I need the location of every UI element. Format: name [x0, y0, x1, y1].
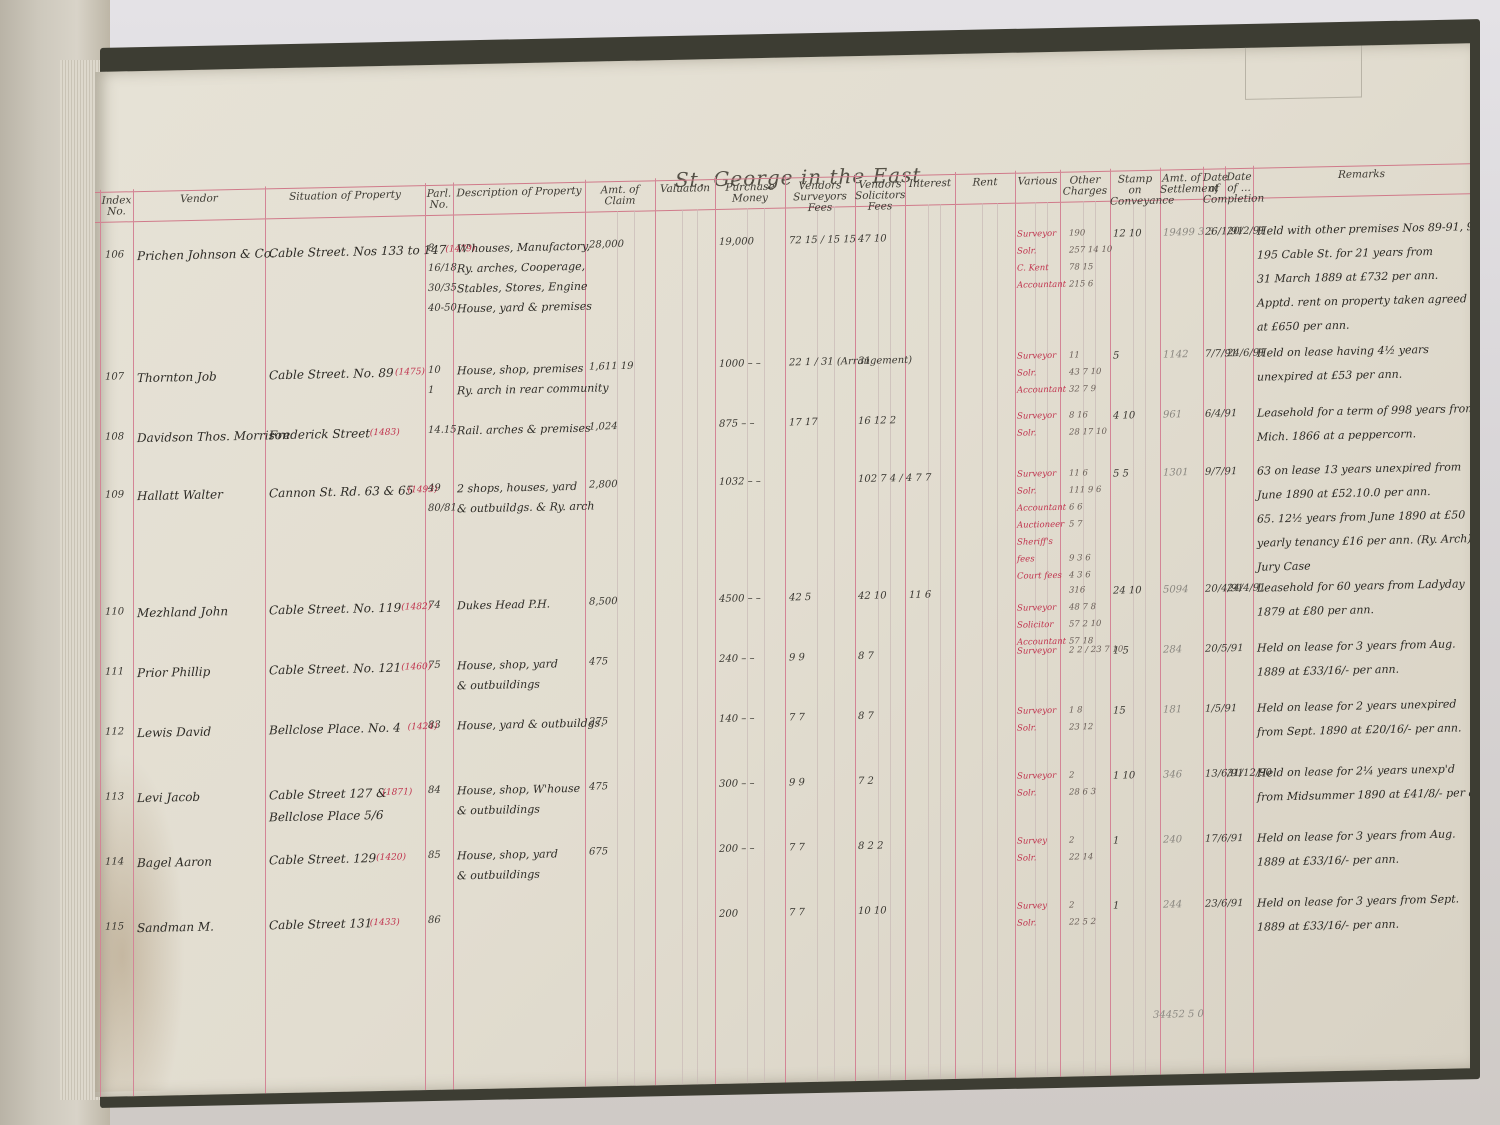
stamp-duty: 4 10 — [1113, 410, 1135, 421]
charges-list: Surveyor2Solr.28 6 3 — [1017, 767, 1096, 803]
money-subrule — [1133, 200, 1134, 1075]
charge-label: Solr. — [1017, 785, 1069, 803]
property-ref: (1483) — [370, 428, 400, 439]
property-ref: (1460) — [401, 662, 431, 673]
purchase-money: 19,000 — [719, 236, 754, 248]
charge-line: Surveyor190 — [1017, 225, 1112, 244]
purchase-money: 1032 – – — [719, 476, 761, 488]
charge-value: 78 15 — [1069, 262, 1093, 273]
property-situation: Cable Street. No. 89 — [269, 366, 394, 383]
parl-number: 49 — [428, 483, 441, 494]
remark-line: 1879 at £80 per ann. — [1257, 596, 1465, 624]
purchase-money: 240 – – — [719, 653, 754, 665]
parl-number: 16/18 — [428, 262, 457, 274]
remark-line: Held on lease for 3 years from Aug. — [1257, 822, 1456, 850]
claim-amount: 1,611 19 — [589, 361, 634, 373]
property-description: & outbuildgs. & Ry. arch — [457, 500, 594, 516]
charge-label: Solr. — [1017, 915, 1069, 933]
column-rule — [955, 172, 956, 1079]
property-description: House, shop, yard — [457, 847, 558, 862]
column-header: Remarks — [1253, 167, 1470, 183]
stamp-duty: 24 10 — [1113, 585, 1142, 597]
index-number: 106 — [105, 249, 124, 260]
charge-label: C. Kent — [1017, 260, 1069, 278]
vendor-name: Bagel Aaron — [137, 855, 212, 871]
index-number: 112 — [105, 726, 124, 737]
purchase-money: 1000 – – — [719, 358, 761, 370]
parl-number: 40-50 — [428, 302, 457, 314]
column-rule — [453, 182, 454, 1089]
money-subrule — [890, 205, 891, 1080]
column-header: Situation of Property — [265, 189, 425, 203]
charge-line: Solr.23 12 — [1017, 719, 1093, 738]
purchase-money: 875 – – — [719, 418, 754, 430]
date-completion: 9/7/91 — [1205, 466, 1237, 478]
charge-label: Accountant — [1017, 382, 1069, 400]
purchase-money: 4500 – – — [719, 593, 761, 605]
charge-value: 4 3 6 — [1069, 570, 1091, 580]
column-header: Rent — [955, 177, 1015, 189]
charge-value: 28 17 10 — [1069, 427, 1107, 438]
column-rule — [1225, 166, 1226, 1073]
interest: 11 6 — [909, 589, 931, 600]
money-subrule — [928, 205, 929, 1080]
charge-label: Survey — [1017, 833, 1069, 851]
solicitors-fees: 47 10 — [858, 233, 887, 245]
remark-line: Mich. 1866 at a peppercorn. — [1257, 421, 1470, 450]
stamp-duty: 12 10 — [1113, 228, 1142, 240]
charge-line: Accountant215 6 — [1017, 276, 1112, 295]
solicitors-fees: 7 2 — [858, 776, 874, 787]
money-subrule — [997, 203, 998, 1078]
index-number: 108 — [105, 431, 124, 442]
charge-line: Solr.43 7 10 — [1017, 364, 1101, 383]
charges-list: Surveyor11Solr.43 7 10Accountant32 7 9 — [1017, 347, 1101, 400]
property-description: & outbuildings — [457, 868, 540, 883]
surveyors-fees: 72 15 / 15 15 — [789, 234, 856, 246]
property-situation: Cable Street. No. 119 — [269, 601, 401, 618]
charge-line: Solr.257 14 10 — [1017, 242, 1112, 261]
column-header: Purchase Money — [715, 182, 785, 205]
column-header: Stamp on Conveyance — [1110, 174, 1160, 208]
charge-value: 32 7 9 — [1069, 384, 1096, 395]
charge-value: 22 5 2 — [1069, 917, 1096, 928]
claim-amount: 475 — [589, 656, 608, 667]
solicitors-fees: 16 12 2 — [858, 415, 896, 427]
remark-line: 1889 at £33/16/- per ann. — [1257, 656, 1456, 684]
charge-value: 11 6 — [1069, 468, 1088, 478]
charges-list: Survey2Solr.22 14 — [1017, 832, 1093, 868]
column-rule — [133, 189, 134, 1096]
claim-amount: 275 — [589, 716, 608, 727]
parl-number: 1 — [428, 385, 434, 396]
property-description: Stables, Stores, Engine — [457, 280, 587, 296]
charge-label: Accountant — [1017, 277, 1069, 295]
charge-label: Auctioneer — [1017, 517, 1069, 535]
remarks: Held on lease for 2 years unexpiredfrom … — [1257, 692, 1462, 744]
property-situation: Cable Street. 129 — [269, 851, 376, 867]
money-subrule — [1145, 200, 1146, 1075]
charge-label: Solr. — [1017, 850, 1069, 868]
stamp-duty: 15 — [1113, 705, 1126, 716]
charge-value: 215 6 — [1069, 279, 1093, 290]
purchase-money: 200 — [719, 909, 738, 920]
solicitors-fees: 8 7 — [858, 711, 874, 722]
remark-line: Apptd. rent on property taken agreed — [1257, 287, 1470, 316]
date-completion: 23/6/91 — [1205, 898, 1244, 910]
column-rule — [100, 190, 101, 1097]
settlement-amount: 244 — [1163, 899, 1182, 910]
charge-label: Solicitor — [1017, 617, 1069, 635]
charge-value: 257 14 10 — [1069, 245, 1112, 256]
column-header: Amt. of Claim — [585, 184, 655, 207]
charge-line: C. Kent78 15 — [1017, 259, 1112, 278]
remark-line: Held on lease having 4½ years — [1257, 338, 1429, 366]
vendor-name: Prior Phillip — [137, 665, 210, 681]
property-description: Dukes Head P.H. — [457, 597, 550, 612]
index-number: 115 — [105, 921, 124, 932]
charge-label: Survey — [1017, 898, 1069, 916]
stamp-duty: 5 5 — [1113, 468, 1129, 479]
property-description: Rail. arches & premises — [457, 422, 591, 438]
remarks: 63 on lease 13 years unexpired fromJune … — [1257, 455, 1470, 579]
property-description: House, yard & premises — [457, 300, 592, 316]
charge-value: 6 6 — [1069, 502, 1083, 512]
charges-list: Surveyor1 8Solr.23 12 — [1017, 702, 1093, 738]
column-rule — [1015, 171, 1016, 1078]
charge-label: Solr. — [1017, 365, 1069, 383]
charge-label: Solr. — [1017, 243, 1069, 261]
remarks: Held on lease having 4½ yearsunexpired a… — [1257, 338, 1429, 390]
remark-line: at £650 per ann. — [1257, 311, 1470, 340]
purchase-money: 300 – – — [719, 778, 754, 790]
charge-value: 111 9 6 — [1069, 485, 1101, 496]
solicitors-fees: 8 2 2 — [858, 840, 883, 852]
charge-label: Surveyor — [1017, 408, 1069, 426]
solicitors-fees: 31 — [858, 356, 871, 367]
charges-list: Surveyor11 6Solr.111 9 6Accountant6 6Auc… — [1017, 465, 1101, 586]
charge-value: 1 8 — [1069, 705, 1083, 715]
remarks: Leasehold for a term of 998 years fromMi… — [1257, 397, 1470, 450]
charge-label: Surveyor — [1017, 466, 1069, 484]
surveyors-fees: 7 7 — [789, 907, 805, 918]
parl-number: 83 — [428, 720, 441, 731]
solicitors-fees: 102 7 4 / 4 7 7 — [858, 472, 931, 485]
column-header: Index No. — [100, 195, 133, 218]
remarks: Held on lease for 3 years from Aug.1889 … — [1257, 822, 1456, 874]
surveyors-fees: 9 9 — [789, 652, 805, 663]
money-subrule — [982, 203, 983, 1078]
property-situation: Frederick Street — [269, 426, 370, 442]
column-header: Vendors Surveyors Fees — [785, 180, 855, 214]
charge-label: Surveyor — [1017, 643, 1069, 661]
parl-number: 86 — [428, 915, 441, 926]
solicitors-fees: 8 7 — [858, 651, 874, 662]
charge-value: 23 12 — [1069, 722, 1093, 733]
index-number: 107 — [105, 371, 124, 382]
column-rule — [905, 173, 906, 1080]
settlement-amount: 240 — [1163, 834, 1182, 845]
charge-line: Solr.28 17 10 — [1017, 424, 1107, 443]
surveyors-fees: 42 5 — [789, 592, 811, 603]
column-header: Date of Completion — [1203, 172, 1225, 205]
parl-number: 10 — [428, 365, 441, 376]
column-rule — [265, 186, 266, 1093]
column-header: Other Charges — [1060, 175, 1110, 198]
date-completion: 17/6/91 — [1205, 833, 1244, 845]
charge-value: 48 7 8 — [1069, 602, 1096, 613]
column-header: Amt. of Settlement — [1160, 173, 1203, 196]
remarks: Held on lease for 3 years from Aug.1889 … — [1257, 632, 1456, 684]
money-subrule — [878, 206, 879, 1081]
charge-line: Survey2 — [1017, 897, 1096, 916]
charge-line: Surveyor8 16 — [1017, 407, 1107, 426]
charge-line: Accountant32 7 9 — [1017, 381, 1101, 400]
index-number: 113 — [105, 791, 124, 802]
surveyors-fees: 7 7 — [789, 712, 805, 723]
charge-value: 190 — [1069, 228, 1085, 238]
column-header: Interest — [905, 178, 955, 190]
charge-line: Accountant6 6 — [1017, 499, 1101, 518]
parl-number: 75 — [428, 660, 441, 671]
column-rule — [785, 176, 786, 1083]
settlement-amount: 5094 — [1163, 584, 1188, 596]
property-ref: (1475) — [395, 367, 425, 378]
remark-line: from Sept. 1890 at £20/16/- per ann. — [1257, 716, 1462, 744]
vendor-name: Mezhland John — [137, 604, 228, 620]
money-subrule — [940, 204, 941, 1079]
charge-label: Solr. — [1017, 720, 1069, 738]
ledger-page: St. George in the East Index No.VendorSi… — [95, 43, 1470, 1097]
column-rule — [1110, 169, 1111, 1076]
charge-line: Solr.28 6 3 — [1017, 784, 1096, 803]
property-ref: (1482) — [401, 602, 431, 613]
stamp-duty: 1 5 — [1113, 645, 1129, 656]
parl-number: 85 — [428, 850, 441, 861]
surveyors-fees: 22 1 / 31 (Arrangement) — [789, 355, 912, 369]
parl-number: 30/35 — [428, 282, 457, 294]
property-description: House, shop, premises — [457, 362, 583, 378]
property-ref: (1871) — [382, 787, 412, 798]
remarks: Leasehold for 60 years from Ladyday1879 … — [1257, 572, 1465, 624]
settlement-amount: 284 — [1163, 644, 1182, 655]
charge-line: Surveyor11 6 — [1017, 465, 1101, 484]
vendor-name: Davidson Thos. Morrison — [137, 428, 290, 445]
remark-line: 1889 at £33/16/- per ann. — [1257, 846, 1456, 874]
charge-label: Surveyor — [1017, 768, 1069, 786]
column-header: Date of ... — [1225, 172, 1253, 195]
money-subrule — [682, 210, 683, 1085]
charge-value: 8 16 — [1069, 410, 1088, 420]
charge-line: Survey2 — [1017, 832, 1093, 851]
stamp-duty: 1 — [1113, 836, 1119, 847]
charge-label: Surveyor — [1017, 348, 1069, 366]
charge-line: Solr.111 9 6 — [1017, 482, 1101, 501]
parl-number: 84 — [428, 785, 441, 796]
property-situation: Cannon St. Rd. 63 & 65 — [269, 483, 413, 500]
column-header: Valuation — [655, 183, 715, 195]
column-header: Vendor — [133, 192, 265, 206]
column-header: Description of Property — [453, 186, 585, 200]
charge-label: Surveyor — [1017, 703, 1069, 721]
column-rule — [1203, 167, 1204, 1074]
charge-label: Surveyor — [1017, 600, 1069, 618]
index-number: 111 — [105, 666, 124, 677]
remark-line: Held on lease for 3 years from Sept. — [1257, 887, 1459, 915]
column-header: Various — [1015, 176, 1060, 188]
remarks: Held on lease for 3 years from Sept.1889… — [1257, 887, 1459, 939]
charge-label: Surveyor — [1017, 226, 1069, 244]
remark-line: Leasehold for a term of 998 years from — [1257, 397, 1470, 426]
settlement-amount: 961 — [1163, 409, 1182, 420]
remarks: Held on lease for 2¼ years unexp'dfrom M… — [1257, 757, 1470, 810]
settlement-amount: 1142 — [1163, 349, 1188, 361]
property-ref: (1433) — [370, 918, 400, 929]
column-rule — [1160, 168, 1161, 1075]
column-rule — [585, 180, 586, 1087]
stamp-duty: 1 — [1113, 901, 1119, 912]
remark-line: Held with other premises Nos 89-91, 93 — [1257, 215, 1470, 244]
claim-amount: 28,000 — [589, 239, 624, 251]
charge-line: Surveyor2 2 / 23 7 10 — [1017, 641, 1123, 660]
claim-amount: 475 — [589, 781, 608, 792]
charge-value: 43 7 10 — [1069, 367, 1101, 378]
column-header: Parl. No. — [425, 189, 453, 212]
property-situation-line2: Bellclose Place 5/6 — [269, 808, 383, 824]
charge-line: Surveyor2 — [1017, 767, 1096, 786]
column-rule — [715, 177, 716, 1084]
column-rule — [855, 174, 856, 1081]
property-situation: Cable Street 127 & — [269, 786, 387, 802]
date-completion: 20/5/91 — [1205, 643, 1244, 655]
charge-value: 28 6 3 — [1069, 787, 1096, 798]
date-completion: 1/5/91 — [1205, 703, 1237, 715]
purchase-money: 140 – – — [719, 713, 754, 725]
charge-label — [1017, 593, 1069, 594]
charge-line: Sheriff's fees9 3 6 — [1017, 533, 1101, 569]
stamp-duty: 5 — [1113, 351, 1119, 362]
vendor-name: Prichen Johnson & Co. — [137, 246, 275, 263]
charge-line: Surveyor1 8 — [1017, 702, 1093, 721]
date-completion: 6/4/91 — [1205, 408, 1237, 420]
charge-value: 57 2 10 — [1069, 619, 1101, 630]
column-rule — [1253, 166, 1254, 1073]
remark-line: Leasehold for 60 years from Ladyday — [1257, 572, 1465, 600]
charge-line: Auctioneer5 7 — [1017, 516, 1101, 535]
stamp-duty: 1 10 — [1113, 770, 1135, 781]
charge-line: Solr.22 14 — [1017, 849, 1093, 868]
charge-value: 22 14 — [1069, 852, 1093, 863]
surveyors-fees: 7 7 — [789, 842, 805, 853]
charge-line: Surveyor48 7 8 — [1017, 599, 1101, 618]
parl-number: 14.15 — [428, 424, 457, 436]
surveyors-fees: 9 9 — [789, 777, 805, 788]
charges-list: Survey2Solr.22 5 2 — [1017, 897, 1096, 933]
charge-value: 2 — [1069, 900, 1074, 910]
parl-number: 80/81 — [428, 502, 457, 514]
parl-number: 8 — [428, 243, 434, 254]
property-description: House, yard & outbuildgs. — [457, 716, 604, 732]
settlement-amount: 346 — [1163, 769, 1182, 780]
claim-amount: 2,800 — [589, 479, 618, 491]
index-number: 114 — [105, 856, 124, 867]
remark-line: yearly tenancy £16 per ann. (Ry. Arch) — [1257, 527, 1470, 555]
pencil-total: 34452 5 0 — [1153, 1009, 1204, 1021]
remark-line: from Midsummer 1890 at £41/8/- per ann. — [1257, 781, 1470, 810]
remark-line: 1889 at £33/16/- per ann. — [1257, 911, 1459, 939]
property-ref: (1420) — [376, 852, 406, 863]
charge-value: 11 — [1069, 350, 1080, 360]
charge-value: 5 7 — [1069, 519, 1083, 529]
property-situation: Cable Street 131 — [269, 916, 372, 932]
property-situation: Cable Street. Nos 133 to 147 — [269, 243, 446, 261]
claim-amount: 1,024 — [589, 421, 618, 433]
solicitors-fees: 42 10 — [858, 590, 887, 602]
remark-line: 63 on lease 13 years unexpired from — [1257, 455, 1470, 483]
charge-label: Solr. — [1017, 483, 1069, 501]
remarks: Held with other premises Nos 89-91, 9319… — [1257, 215, 1470, 340]
charges-list: Surveyor8 16Solr.28 17 10 — [1017, 407, 1107, 443]
remark-line: Held on lease for 3 years from Aug. — [1257, 632, 1456, 660]
claim-amount: 675 — [589, 846, 608, 857]
vendor-name: Hallatt Walter — [137, 487, 223, 503]
settlement-amount: 1301 — [1163, 467, 1188, 479]
charge-label: Accountant — [1017, 500, 1069, 518]
remark-line: unexpired at £53 per ann. — [1257, 362, 1429, 390]
column-header: Vendors Solicitors Fees — [855, 179, 905, 213]
charge-value: 9 3 6 — [1069, 553, 1091, 563]
vendor-name: Lewis David — [137, 725, 211, 741]
money-subrule — [764, 208, 765, 1083]
property-situation: Bellclose Place. No. 4 — [269, 721, 401, 738]
money-subrule — [747, 208, 748, 1083]
property-description: & outbuildings — [457, 803, 540, 818]
purchase-money: 200 – – — [719, 843, 754, 855]
vendor-name: Levi Jacob — [137, 790, 200, 805]
column-rule — [655, 178, 656, 1085]
vendor-name: Thornton Job — [137, 369, 217, 385]
charge-line: 316 — [1017, 582, 1101, 601]
property-description: W'houses, Manufactory, — [457, 240, 590, 256]
column-rule — [425, 183, 426, 1090]
property-description: House, shop, yard — [457, 657, 558, 672]
charge-line: Surveyor11 — [1017, 347, 1101, 366]
charge-value: 316 — [1069, 585, 1085, 595]
money-subrule — [817, 207, 818, 1082]
property-situation: Cable Street. No. 121 — [269, 661, 401, 678]
property-description: 2 shops, houses, yard — [457, 480, 577, 496]
index-number: 110 — [105, 606, 124, 617]
property-description: & outbuildings — [457, 678, 540, 693]
solicitors-fees: 10 10 — [858, 905, 887, 917]
index-number: 109 — [105, 489, 124, 500]
surveyors-fees: 17 17 — [789, 417, 818, 429]
money-subrule — [697, 209, 698, 1084]
vendor-name: Sandman M. — [137, 920, 214, 936]
charge-label: Solr. — [1017, 425, 1069, 443]
settlement-amount: 181 — [1163, 704, 1182, 715]
parl-number: 74 — [428, 600, 441, 611]
property-description: Ry. arches, Cooperage, — [457, 260, 585, 276]
charge-value: 2 — [1069, 835, 1074, 845]
money-subrule — [834, 206, 835, 1081]
charge-line: Solicitor57 2 10 — [1017, 616, 1101, 635]
charge-line: Solr.22 5 2 — [1017, 914, 1096, 933]
charge-label: Sheriff's fees — [1017, 534, 1069, 569]
money-subrule — [617, 211, 618, 1086]
money-subrule — [634, 211, 635, 1086]
faint-stamp-box — [1245, 43, 1362, 100]
